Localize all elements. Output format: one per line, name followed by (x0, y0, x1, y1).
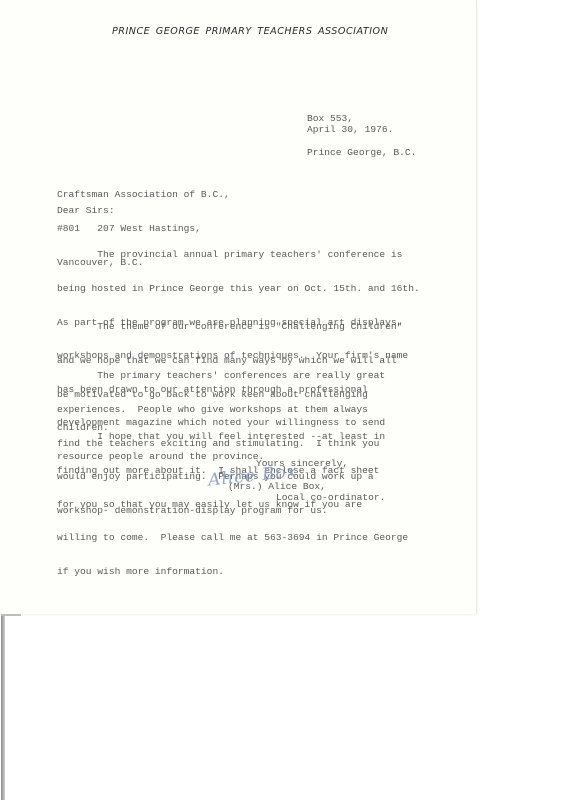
letter-date: April 30, 1976. (307, 124, 393, 135)
body-line: The provincial annual primary teachers' … (57, 249, 420, 260)
letter-page: PRINCE GEORGE PRIMARY TEACHERS ASSOCIATI… (0, 0, 477, 614)
salutation: Dear Sirs: (57, 205, 115, 216)
body-line: The primary teachers' conferences are re… (57, 370, 385, 381)
scan-edge-line (1, 616, 5, 800)
body-paragraph: I hope that you will feel interested --a… (57, 409, 408, 599)
body-line: if you wish more information. (57, 566, 408, 577)
recipient-line: Craftsman Association of B.C., (57, 189, 230, 200)
sender-address-line: Box 553, (307, 113, 416, 124)
sender-address-line: Prince George, B.C. (307, 147, 416, 158)
signer-title: Local co-ordinator. (276, 492, 385, 503)
body-line: being hosted in Prince George this year … (57, 283, 420, 294)
signer-name: (Mrs.) Alice Box, (228, 481, 326, 492)
sender-address: Box 553, Prince George, B.C. (307, 91, 416, 181)
body-line: willing to come. Please call me at 563-3… (57, 532, 408, 543)
body-line: The theme of our conference is "Challeng… (57, 321, 402, 332)
body-line: I hope that you will feel interested --a… (57, 431, 408, 442)
letterhead: PRINCE GEORGE PRIMARY TEACHERS ASSOCIATI… (112, 26, 388, 37)
